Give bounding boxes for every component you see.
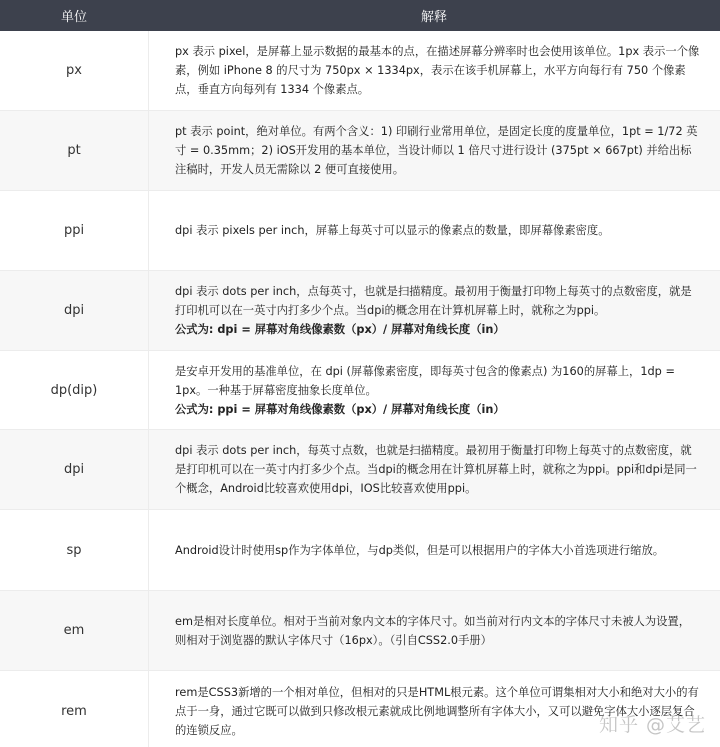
description-text: dpi 表示 pixels per inch，屏幕上每英寸可以显示的像素点的数量… xyxy=(175,224,610,237)
unit-cell: px xyxy=(0,31,149,110)
formula-text: 公式为: dpi = 屏幕对角线像素数（px）/ 屏幕对角线长度（in） xyxy=(175,320,700,339)
table-row: sp Android设计时使用sp作为字体单位，与dp类似，但是可以根据用户的字… xyxy=(0,510,720,591)
description-cell: dpi 表示 pixels per inch，屏幕上每英寸可以显示的像素点的数量… xyxy=(149,191,720,270)
description-cell: dpi 表示 dots per inch，点每英寸，也就是扫描精度。最初用于衡量… xyxy=(149,271,720,350)
description-cell: Android设计时使用sp作为字体单位，与dp类似，但是可以根据用户的字体大小… xyxy=(149,510,720,590)
table-header: 单位 解释 xyxy=(0,0,720,31)
description-text: px 表示 pixel，是屏幕上显示数据的最基本的点，在描述屏幕分辨率时也会使用… xyxy=(175,45,699,96)
description-cell: 是安卓开发用的基准单位，在 dpi (屏幕像素密度，即每英寸包含的像素点) 为1… xyxy=(149,351,720,429)
description-text: 是安卓开发用的基准单位，在 dpi (屏幕像素密度，即每英寸包含的像素点) 为1… xyxy=(175,365,675,397)
table-row: dpi dpi 表示 dots per inch，点每英寸，也就是扫描精度。最初… xyxy=(0,271,720,351)
unit-cell: sp xyxy=(0,510,149,590)
watermark: 知乎 @艾艺 xyxy=(599,710,706,737)
description-text: em是相对长度单位。相对于当前对象内文本的字体尺寸。如当前对行内文本的字体尺寸未… xyxy=(175,615,690,647)
table-row: em em是相对长度单位。相对于当前对象内文本的字体尺寸。如当前对行内文本的字体… xyxy=(0,591,720,671)
unit-cell: dpi xyxy=(0,430,149,509)
unit-cell: em xyxy=(0,591,149,670)
unit-cell: ppi xyxy=(0,191,149,270)
table-row: px px 表示 pixel，是屏幕上显示数据的最基本的点，在描述屏幕分辨率时也… xyxy=(0,31,720,111)
table-row: ppi dpi 表示 pixels per inch，屏幕上每英寸可以显示的像素… xyxy=(0,191,720,271)
table-row: dp(dip) 是安卓开发用的基准单位，在 dpi (屏幕像素密度，即每英寸包含… xyxy=(0,351,720,430)
unit-cell: rem xyxy=(0,671,149,747)
table-row: pt pt 表示 point，绝对单位。有两个含义：1) 印刷行业常用单位，是固… xyxy=(0,111,720,191)
description-text: Android设计时使用sp作为字体单位，与dp类似，但是可以根据用户的字体大小… xyxy=(175,544,664,557)
table-row: dpi dpi 表示 dots per inch，每英寸点数，也就是扫描精度。最… xyxy=(0,430,720,510)
description-cell: pt 表示 point，绝对单位。有两个含义：1) 印刷行业常用单位，是固定长度… xyxy=(149,111,720,190)
description-cell: em是相对长度单位。相对于当前对象内文本的字体尺寸。如当前对行内文本的字体尺寸未… xyxy=(149,591,720,670)
header-unit: 单位 xyxy=(0,0,148,31)
description-text: pt 表示 point，绝对单位。有两个含义：1) 印刷行业常用单位，是固定长度… xyxy=(175,125,698,176)
description-cell: px 表示 pixel，是屏幕上显示数据的最基本的点，在描述屏幕分辨率时也会使用… xyxy=(149,31,720,110)
unit-cell: dpi xyxy=(0,271,149,350)
description-cell: dpi 表示 dots per inch，每英寸点数，也就是扫描精度。最初用于衡… xyxy=(149,430,720,509)
units-table: 单位 解释 px px 表示 pixel，是屏幕上显示数据的最基本的点，在描述屏… xyxy=(0,0,720,747)
description-text: dpi 表示 dots per inch，每英寸点数，也就是扫描精度。最初用于衡… xyxy=(175,444,697,495)
unit-cell: dp(dip) xyxy=(0,351,149,429)
unit-cell: pt xyxy=(0,111,149,190)
description-text: dpi 表示 dots per inch，点每英寸，也就是扫描精度。最初用于衡量… xyxy=(175,285,692,317)
header-description: 解释 xyxy=(148,0,720,31)
formula-text: 公式为: ppi = 屏幕对角线像素数（px）/ 屏幕对角线长度（in） xyxy=(175,400,700,419)
